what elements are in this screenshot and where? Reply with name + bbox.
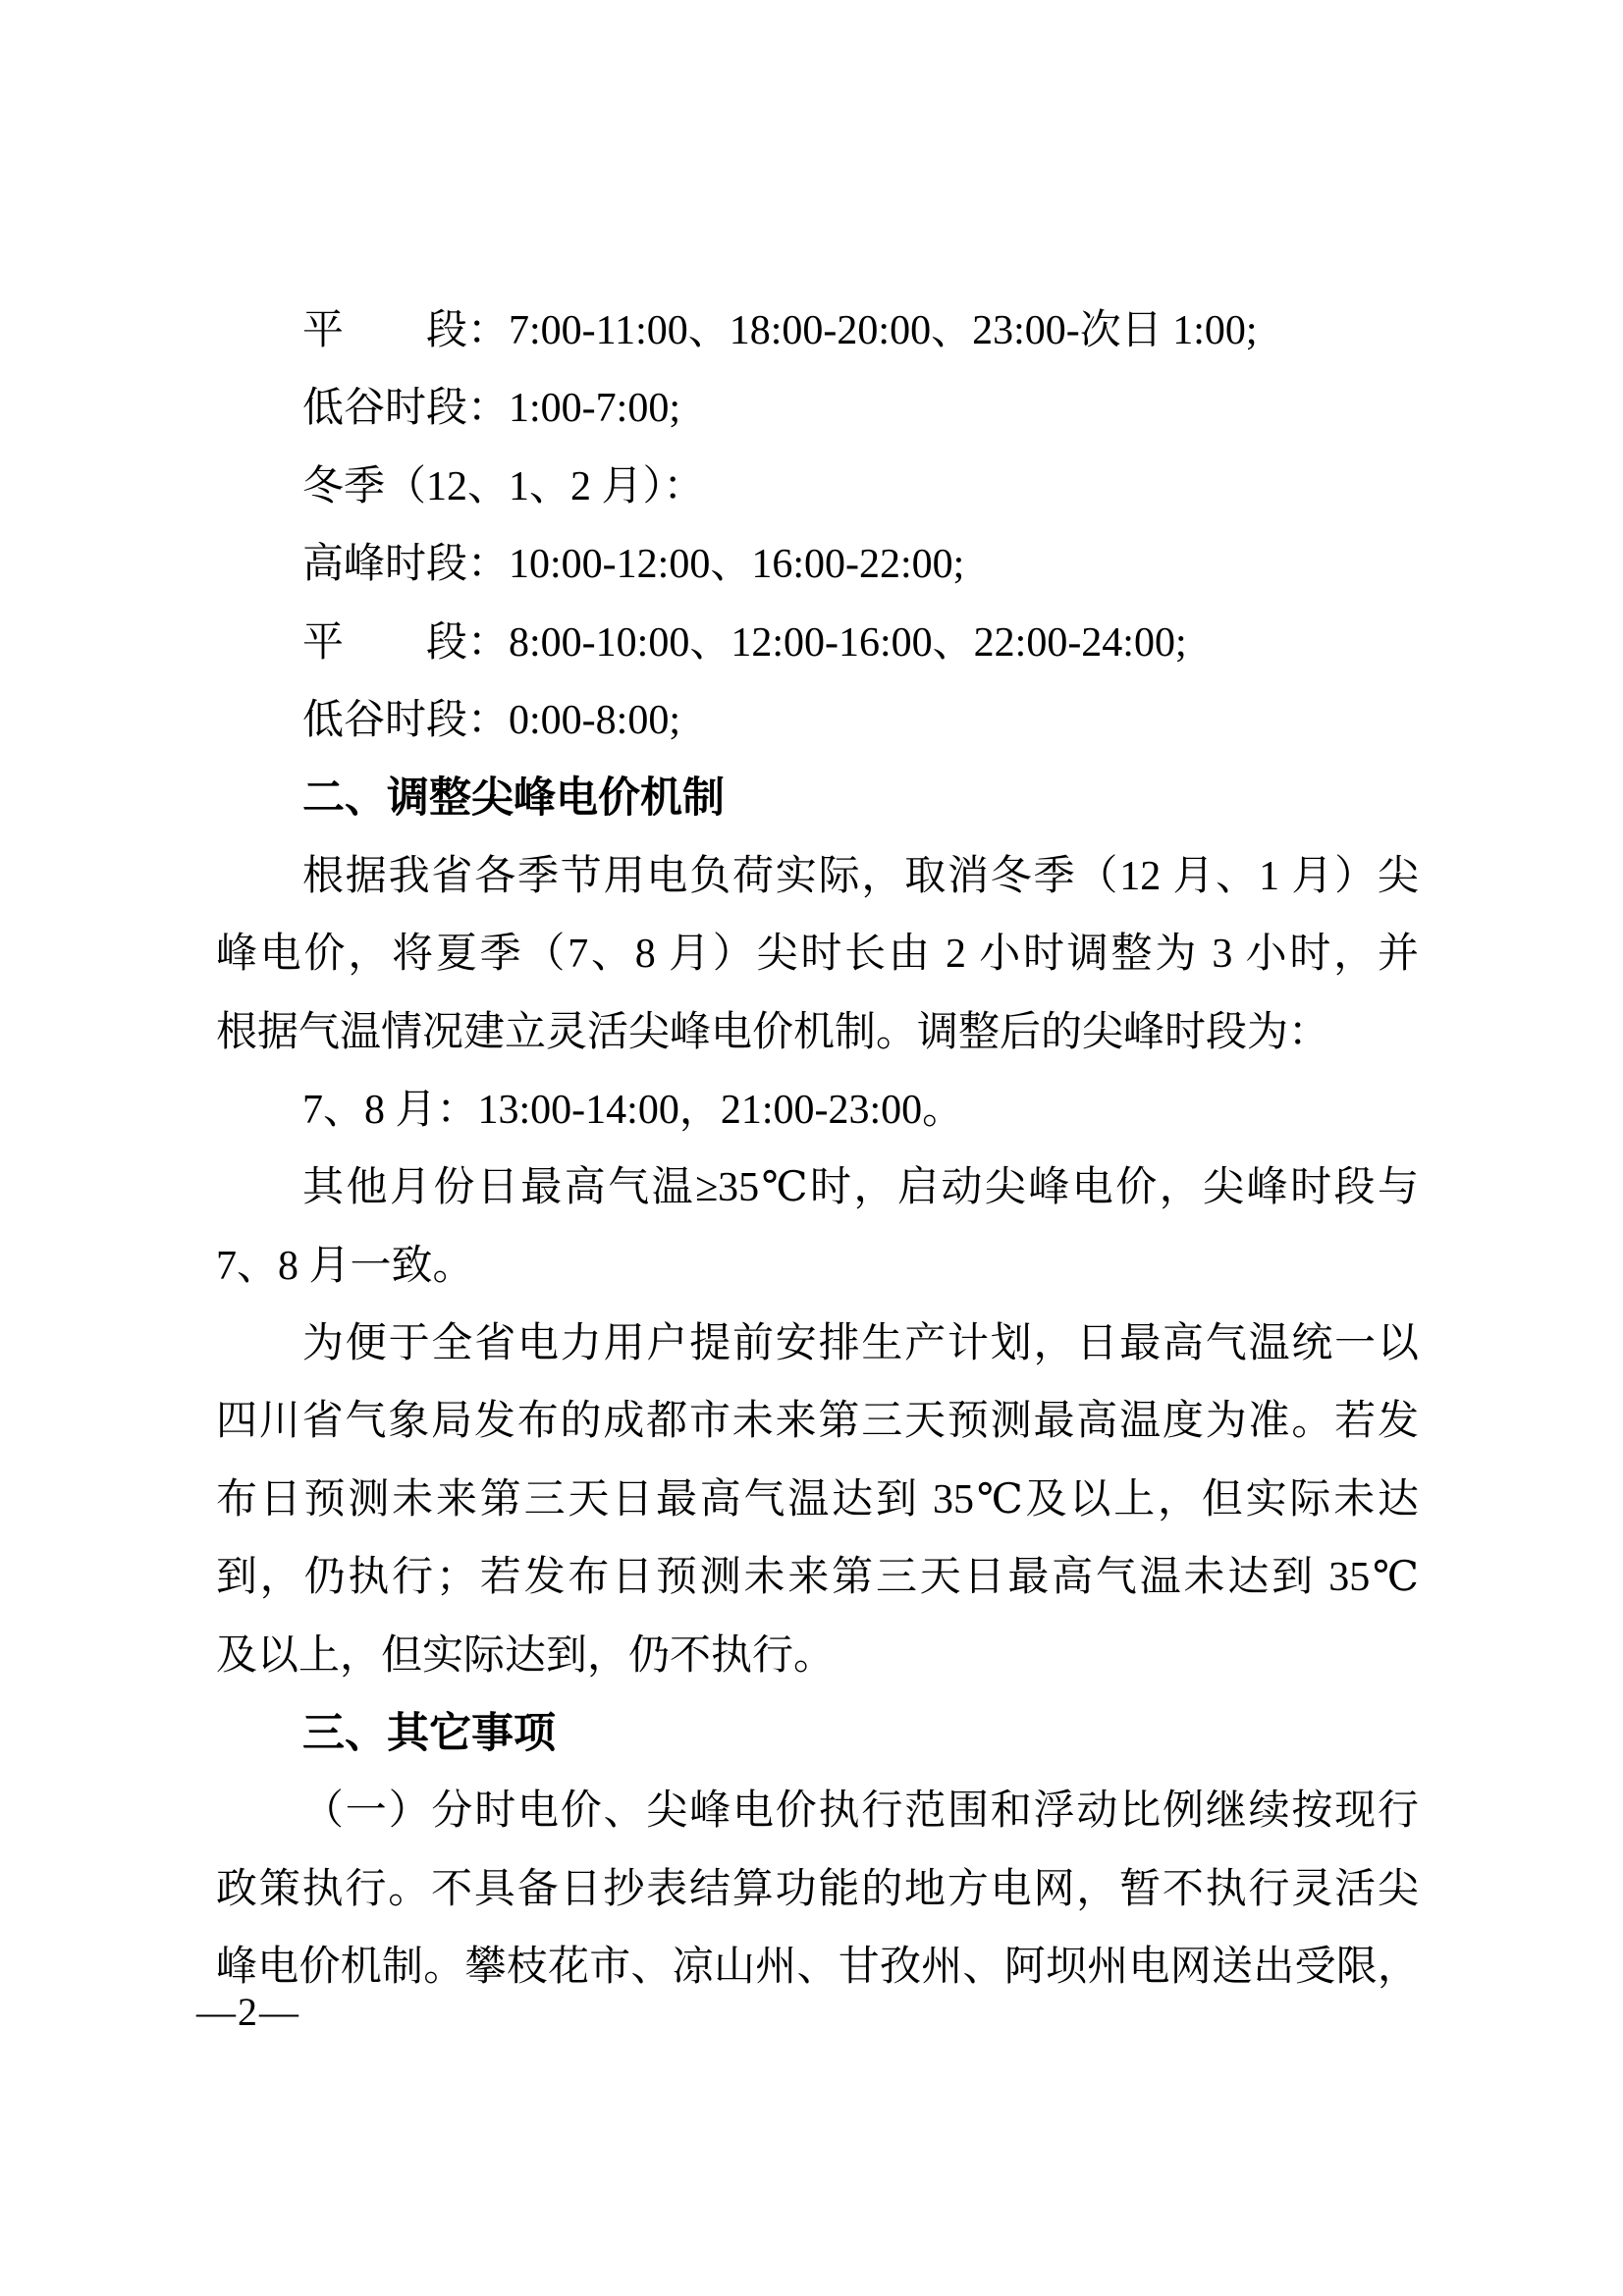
section-heading-2: 二、调整尖峰电价机制: [216, 760, 1419, 837]
doc-line-para1-2: 峰电价，将夏季（7、8 月）尖时长由 2 小时调整为 3 小时，并: [216, 916, 1419, 993]
doc-line-para2-1: 其他月份日最高气温≥35℃时，启动尖峰电价，尖峰时段与: [216, 1149, 1419, 1227]
doc-line-para1-1: 根据我省各季节用电负荷实际，取消冬季（12 月、1 月）尖: [216, 838, 1419, 916]
doc-line-para4-1: （一）分时电价、尖峰电价执行范围和浮动比例继续按现行: [216, 1773, 1419, 1850]
doc-line-peak-hours-jul-aug: 7、8 月：13:00-14:00，21:00-23:00。: [216, 1072, 1419, 1149]
doc-line-para3-1: 为便于全省电力用户提前安排生产计划，日最高气温统一以: [216, 1306, 1419, 1383]
page-number: — 2 —: [196, 1991, 298, 2034]
doc-line-para3-4: 到，仍执行；若发布日预测未来第三天日最高气温未达到 35℃: [216, 1539, 1419, 1617]
doc-line-para3-3: 布日预测未来第三天日最高气温达到 35℃及以上，但实际未达: [216, 1462, 1419, 1539]
doc-line-flat-period-summer: 平 段：7:00-11:00、18:00-20:00、23:00-次日 1:00…: [216, 293, 1419, 370]
doc-line-para3-5: 及以上，但实际达到，仍不执行。: [216, 1618, 1419, 1695]
doc-line-valley-period-summer: 低谷时段：1:00-7:00;: [216, 370, 1419, 448]
doc-line-valley-period-winter: 低谷时段：0:00-8:00;: [216, 682, 1419, 760]
doc-line-para3-2: 四川省气象局发布的成都市未来第三天预测最高温度为准。若发: [216, 1383, 1419, 1461]
doc-line-para2-2: 7、8 月一致。: [216, 1228, 1419, 1306]
doc-line-winter-label: 冬季（12、1、2 月）：: [216, 449, 1419, 526]
section-heading-3: 三、其它事项: [216, 1695, 1419, 1773]
document-body: 平 段：7:00-11:00、18:00-20:00、23:00-次日 1:00…: [216, 293, 1419, 2007]
document-page: 平 段：7:00-11:00、18:00-20:00、23:00-次日 1:00…: [0, 0, 1623, 2296]
doc-line-para1-3: 根据气温情况建立灵活尖峰电价机制。调整后的尖峰时段为：: [216, 994, 1419, 1072]
doc-line-para4-3: 峰电价机制。攀枝花市、凉山州、甘孜州、阿坝州电网送出受限，: [216, 1929, 1419, 2006]
doc-line-flat-period-winter: 平 段：8:00-10:00、12:00-16:00、22:00-24:00;: [216, 605, 1419, 682]
doc-line-para4-2: 政策执行。不具备日抄表结算功能的地方电网，暂不执行灵活尖: [216, 1851, 1419, 1929]
doc-line-peak-period-winter: 高峰时段：10:00-12:00、16:00-22:00;: [216, 526, 1419, 604]
